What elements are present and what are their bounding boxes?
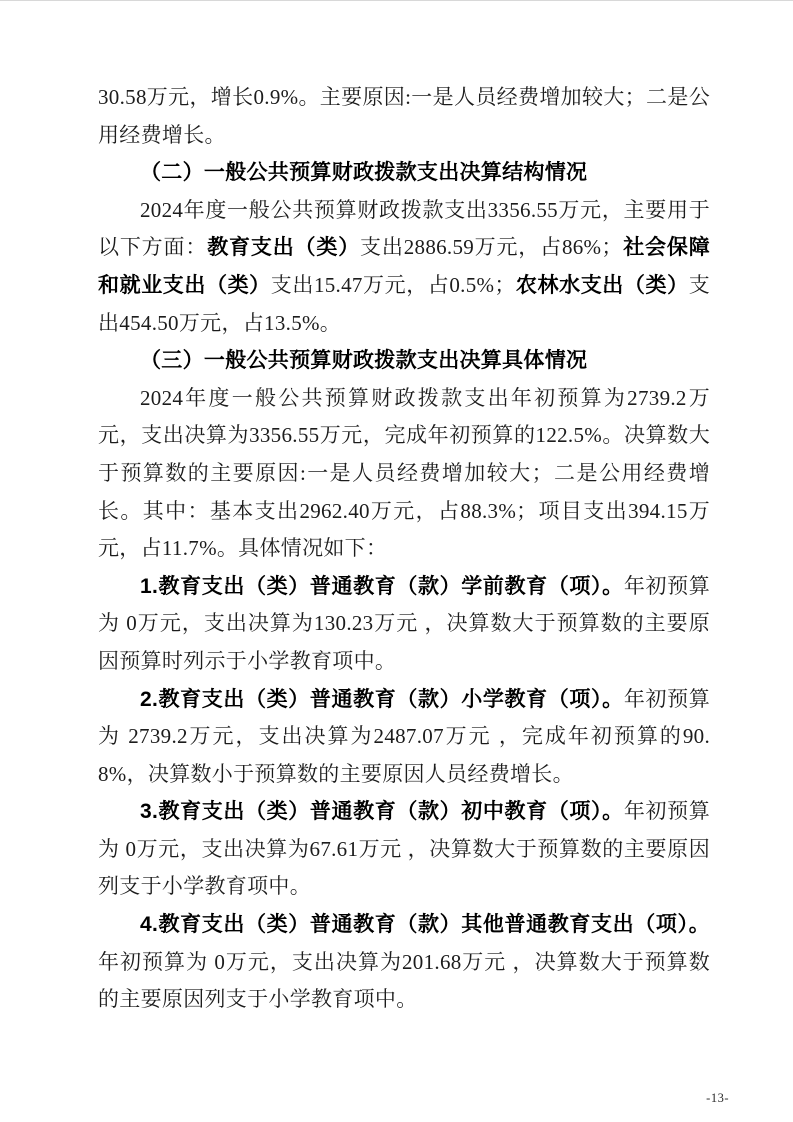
emphasis-run: 1.教育支出（类）普通教育（款）学前教育（项）。: [140, 575, 624, 598]
heading-section-3: （三）一般公共预算财政拨款支出决算具体情况: [98, 342, 710, 380]
emphasis-run: （三）一般公共预算财政拨款支出决算具体情况: [140, 349, 587, 372]
emphasis-run: 4.教育支出（类）普通教育（款）其他普通教育支出（项）。: [140, 913, 710, 936]
text-run: 支出15.47万元，占0.5%；: [271, 273, 516, 297]
item-3-junior-middle-education: 3.教育支出（类）普通教育（款）初中教育（项）。年初预算为 0万元，支出决算为6…: [98, 793, 710, 906]
heading-section-2: （二）一般公共预算财政拨款支出决算结构情况: [98, 154, 710, 192]
emphasis-run: 3.教育支出（类）普通教育（款）初中教育（项）。: [140, 800, 624, 823]
text-run: 2024年度一般公共预算财政拨款支出年初预算为2739.2万元，支出决算为335…: [98, 386, 710, 560]
emphasis-run: 农林水支出（类）: [516, 274, 689, 297]
text-run: 支出2886.59万元，占86%；: [360, 235, 623, 259]
document-page: 30.58万元，增长0.9%。主要原因:一是人员经费增加较大；二是公用经费增长。…: [0, 0, 793, 1122]
paragraph-continuation: 30.58万元，增长0.9%。主要原因:一是人员经费增加较大；二是公用经费增长。: [98, 79, 710, 154]
text-run: 年初预算为 0万元，支出决算为201.68万元 ，决算数大于预算数的主要原因列支…: [98, 950, 710, 1012]
document-body: 30.58万元，增长0.9%。主要原因:一是人员经费增加较大；二是公用经费增长。…: [98, 79, 710, 1019]
text-run: 30.58万元，增长0.9%。主要原因:一是人员经费增加较大；二是公用经费增长。: [98, 85, 710, 147]
paragraph-details-overview: 2024年度一般公共预算财政拨款支出年初预算为2739.2万元，支出决算为335…: [98, 380, 710, 568]
item-1-preschool-education: 1.教育支出（类）普通教育（款）学前教育（项）。年初预算为 0万元，支出决算为1…: [98, 568, 710, 681]
paragraph-expenditure-structure: 2024年度一般公共预算财政拨款支出3356.55万元，主要用于以下方面：教育支…: [98, 192, 710, 342]
emphasis-run: （二）一般公共预算财政拨款支出决算结构情况: [140, 161, 587, 184]
emphasis-run: 教育支出（类）: [207, 236, 360, 259]
item-2-primary-education: 2.教育支出（类）普通教育（款）小学教育（项）。年初预算为 2739.2万元，支…: [98, 681, 710, 794]
emphasis-run: 2.教育支出（类）普通教育（款）小学教育（项）。: [140, 688, 624, 711]
item-4-other-general-education: 4.教育支出（类）普通教育（款）其他普通教育支出（项）。年初预算为 0万元，支出…: [98, 906, 710, 1019]
page-number: -13-: [706, 1091, 729, 1106]
